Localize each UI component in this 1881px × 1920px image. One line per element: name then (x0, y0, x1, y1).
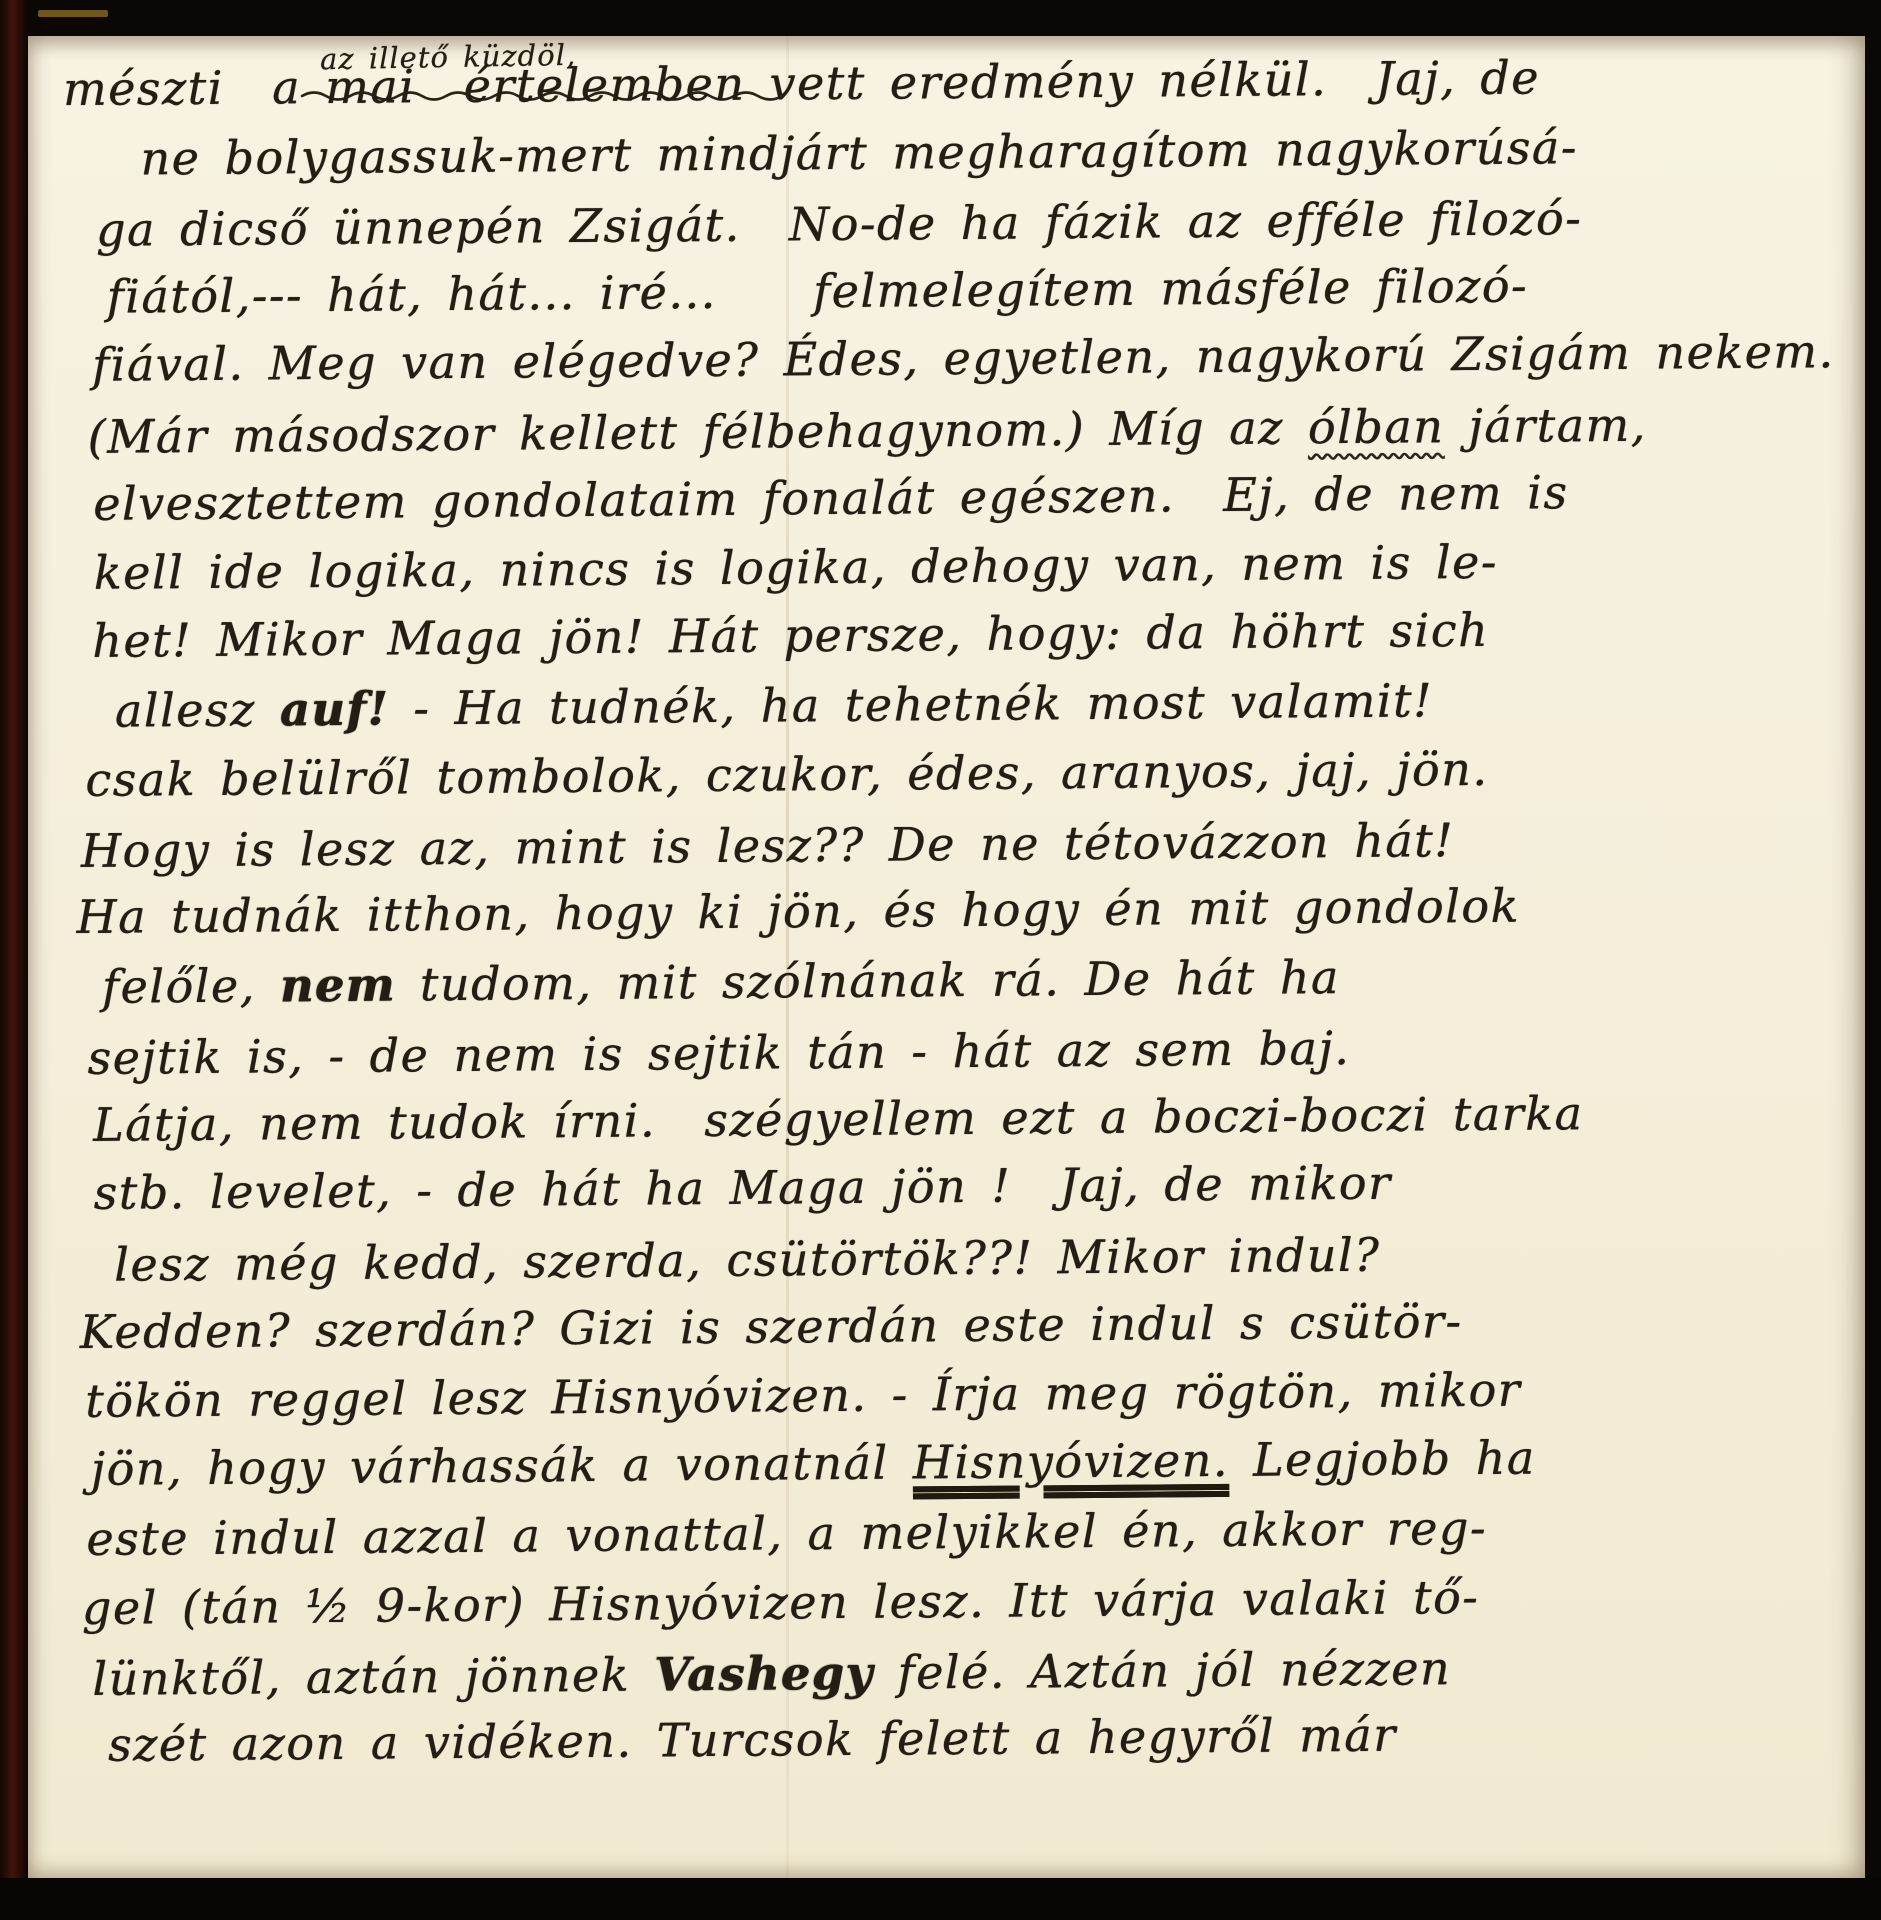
handwriting-text: Látja, nem tudok írni. szégyellem ezt a … (93, 1086, 1584, 1152)
handwriting-text: csak belülről tombolok, czukor, édes, ar… (85, 742, 1488, 807)
handwriting-line: fiával. Meg van elégedve? Édes, egyetlen… (92, 317, 1865, 400)
handwriting-text: sejtik is, - de nem is sejtik tán - hát … (87, 1021, 1350, 1085)
handwriting-text: lünktől, aztán jönnek (92, 1647, 654, 1705)
handwriting-text: felőle, (102, 958, 280, 1013)
handwriting-line: (Már másodszor kellett félbehagynom.) Mí… (87, 389, 1865, 472)
handwriting-text: ga dicső ünnepén Zsigát. No-de ha fázik … (96, 191, 1583, 257)
handwriting-line: sejtik is, - de nem is sejtik tán - hát … (87, 1010, 1865, 1093)
letter-paper: az illető küzdöl, mészti a mai értelembe… (28, 36, 1865, 1878)
line-stack: mészti a mai értelemben vett eredmény né… (28, 36, 1865, 1781)
handwriting-text: este indul azzal a vonattal, a melyikkel… (86, 1501, 1487, 1566)
handwriting-line: mészti a mai értelemben vett eredmény né… (63, 41, 1865, 124)
handwriting-line: szét azon a vidéken. Turcsok felett a he… (108, 1697, 1865, 1780)
handwriting-line: jön, hogy várhassák a vonatnál Hisnyóviz… (91, 1421, 1865, 1504)
handwriting-text: fiával. Meg van elégedve? Édes, egyetlen… (92, 324, 1835, 392)
handwriting-text: kell ide logika, nincs is logika, dehogy… (94, 535, 1498, 600)
handwriting-text: - Ha tudnék, ha tehetnék most valamit! (389, 673, 1433, 735)
handwriting-text: felé. Aztán jól nézzen (873, 1641, 1451, 1700)
handwriting-text: lesz még kedd, szerda, csütörtök??! Miko… (114, 1228, 1381, 1292)
handwriting-text: jön, hogy várhassák a vonatnál (91, 1435, 913, 1495)
scan-border-bottom (0, 1878, 1881, 1920)
handwriting-text: jártam, (1444, 398, 1647, 454)
handwriting-line: ne bolygassuk-mert mindjárt megharagítom… (140, 111, 1865, 194)
handwriting-line: Ha tudnák itthon, hogy ki jön, és hogy é… (76, 869, 1865, 952)
handwriting-text: Ha tudnák itthon, hogy ki jön, és hogy é… (76, 879, 1520, 944)
handwriting-text: stb. levelet, - de hát ha Maga jön ! Jaj… (93, 1156, 1391, 1220)
handwriting-text: Hogy is lesz az, mint is lesz?? De ne té… (81, 813, 1455, 878)
scan-border-accent (38, 10, 108, 17)
scan-border-top (0, 0, 1881, 36)
handwriting-line: het! Mikor Maga jön! Hát persze, hogy: d… (92, 593, 1865, 676)
handwriting-line: lesz még kedd, szerda, csütörtök??! Miko… (114, 1217, 1865, 1300)
handwriting-line: gel (tán ½ 9-kor) Hisnyóvizen lesz. Itt … (82, 1560, 1865, 1643)
handwriting-text: Vashegy (654, 1646, 874, 1702)
handwriting-text: Hisnyóvizen. (912, 1433, 1229, 1489)
scan-border-left (0, 0, 28, 1920)
handwriting-line: ga dicső ünnepén Zsigát. No-de ha fázik … (96, 182, 1865, 265)
letter-scan: az illető küzdöl, mészti a mai értelembe… (0, 0, 1881, 1920)
handwriting-text: allesz (115, 682, 280, 737)
handwriting-text: Kedden? szerdán? Gizi is szerdán este in… (79, 1294, 1462, 1359)
handwriting-line: csak belülről tombolok, czukor, édes, ar… (85, 732, 1865, 815)
handwriting-text: mészti a mai értelemben vett eredmény né… (63, 50, 1540, 116)
handwriting-text: szét azon a vidéken. Turcsok felett a he… (108, 1708, 1397, 1772)
handwriting-text: gel (tán ½ 9-kor) Hisnyóvizen lesz. Itt … (82, 1570, 1480, 1635)
handwriting-text: het! Mikor Maga jön! Hát persze, hogy: d… (92, 603, 1489, 668)
handwriting-text: ólban (1308, 399, 1445, 454)
handwriting-line: stb. levelet, - de hát ha Maga jön ! Jaj… (93, 1145, 1865, 1228)
handwriting-text: tökön reggel lesz Hisnyóvizen. - Írja me… (85, 1363, 1521, 1428)
scan-border-right (1865, 0, 1881, 1920)
handwriting-line: felőle, nem tudom, mit szólnának rá. De … (102, 939, 1865, 1022)
handwriting-text: nem (280, 957, 396, 1012)
handwriting-text: elvesztettem gondolataim fonalát egészen… (93, 465, 1569, 531)
handwriting-text: fiától,--- hát, hát... iré... felmelegít… (106, 259, 1528, 324)
handwriting-text: (Már másodszor kellett félbehagynom.) Mí… (87, 400, 1308, 464)
handwriting-text: Legjobb ha (1229, 1431, 1536, 1487)
handwriting-text: tudom, mit szólnának rá. De hát ha (396, 950, 1341, 1011)
handwriting-text: ne bolygassuk-mert mindjárt megharagítom… (140, 120, 1578, 185)
handwriting-text: auf! (280, 681, 390, 736)
